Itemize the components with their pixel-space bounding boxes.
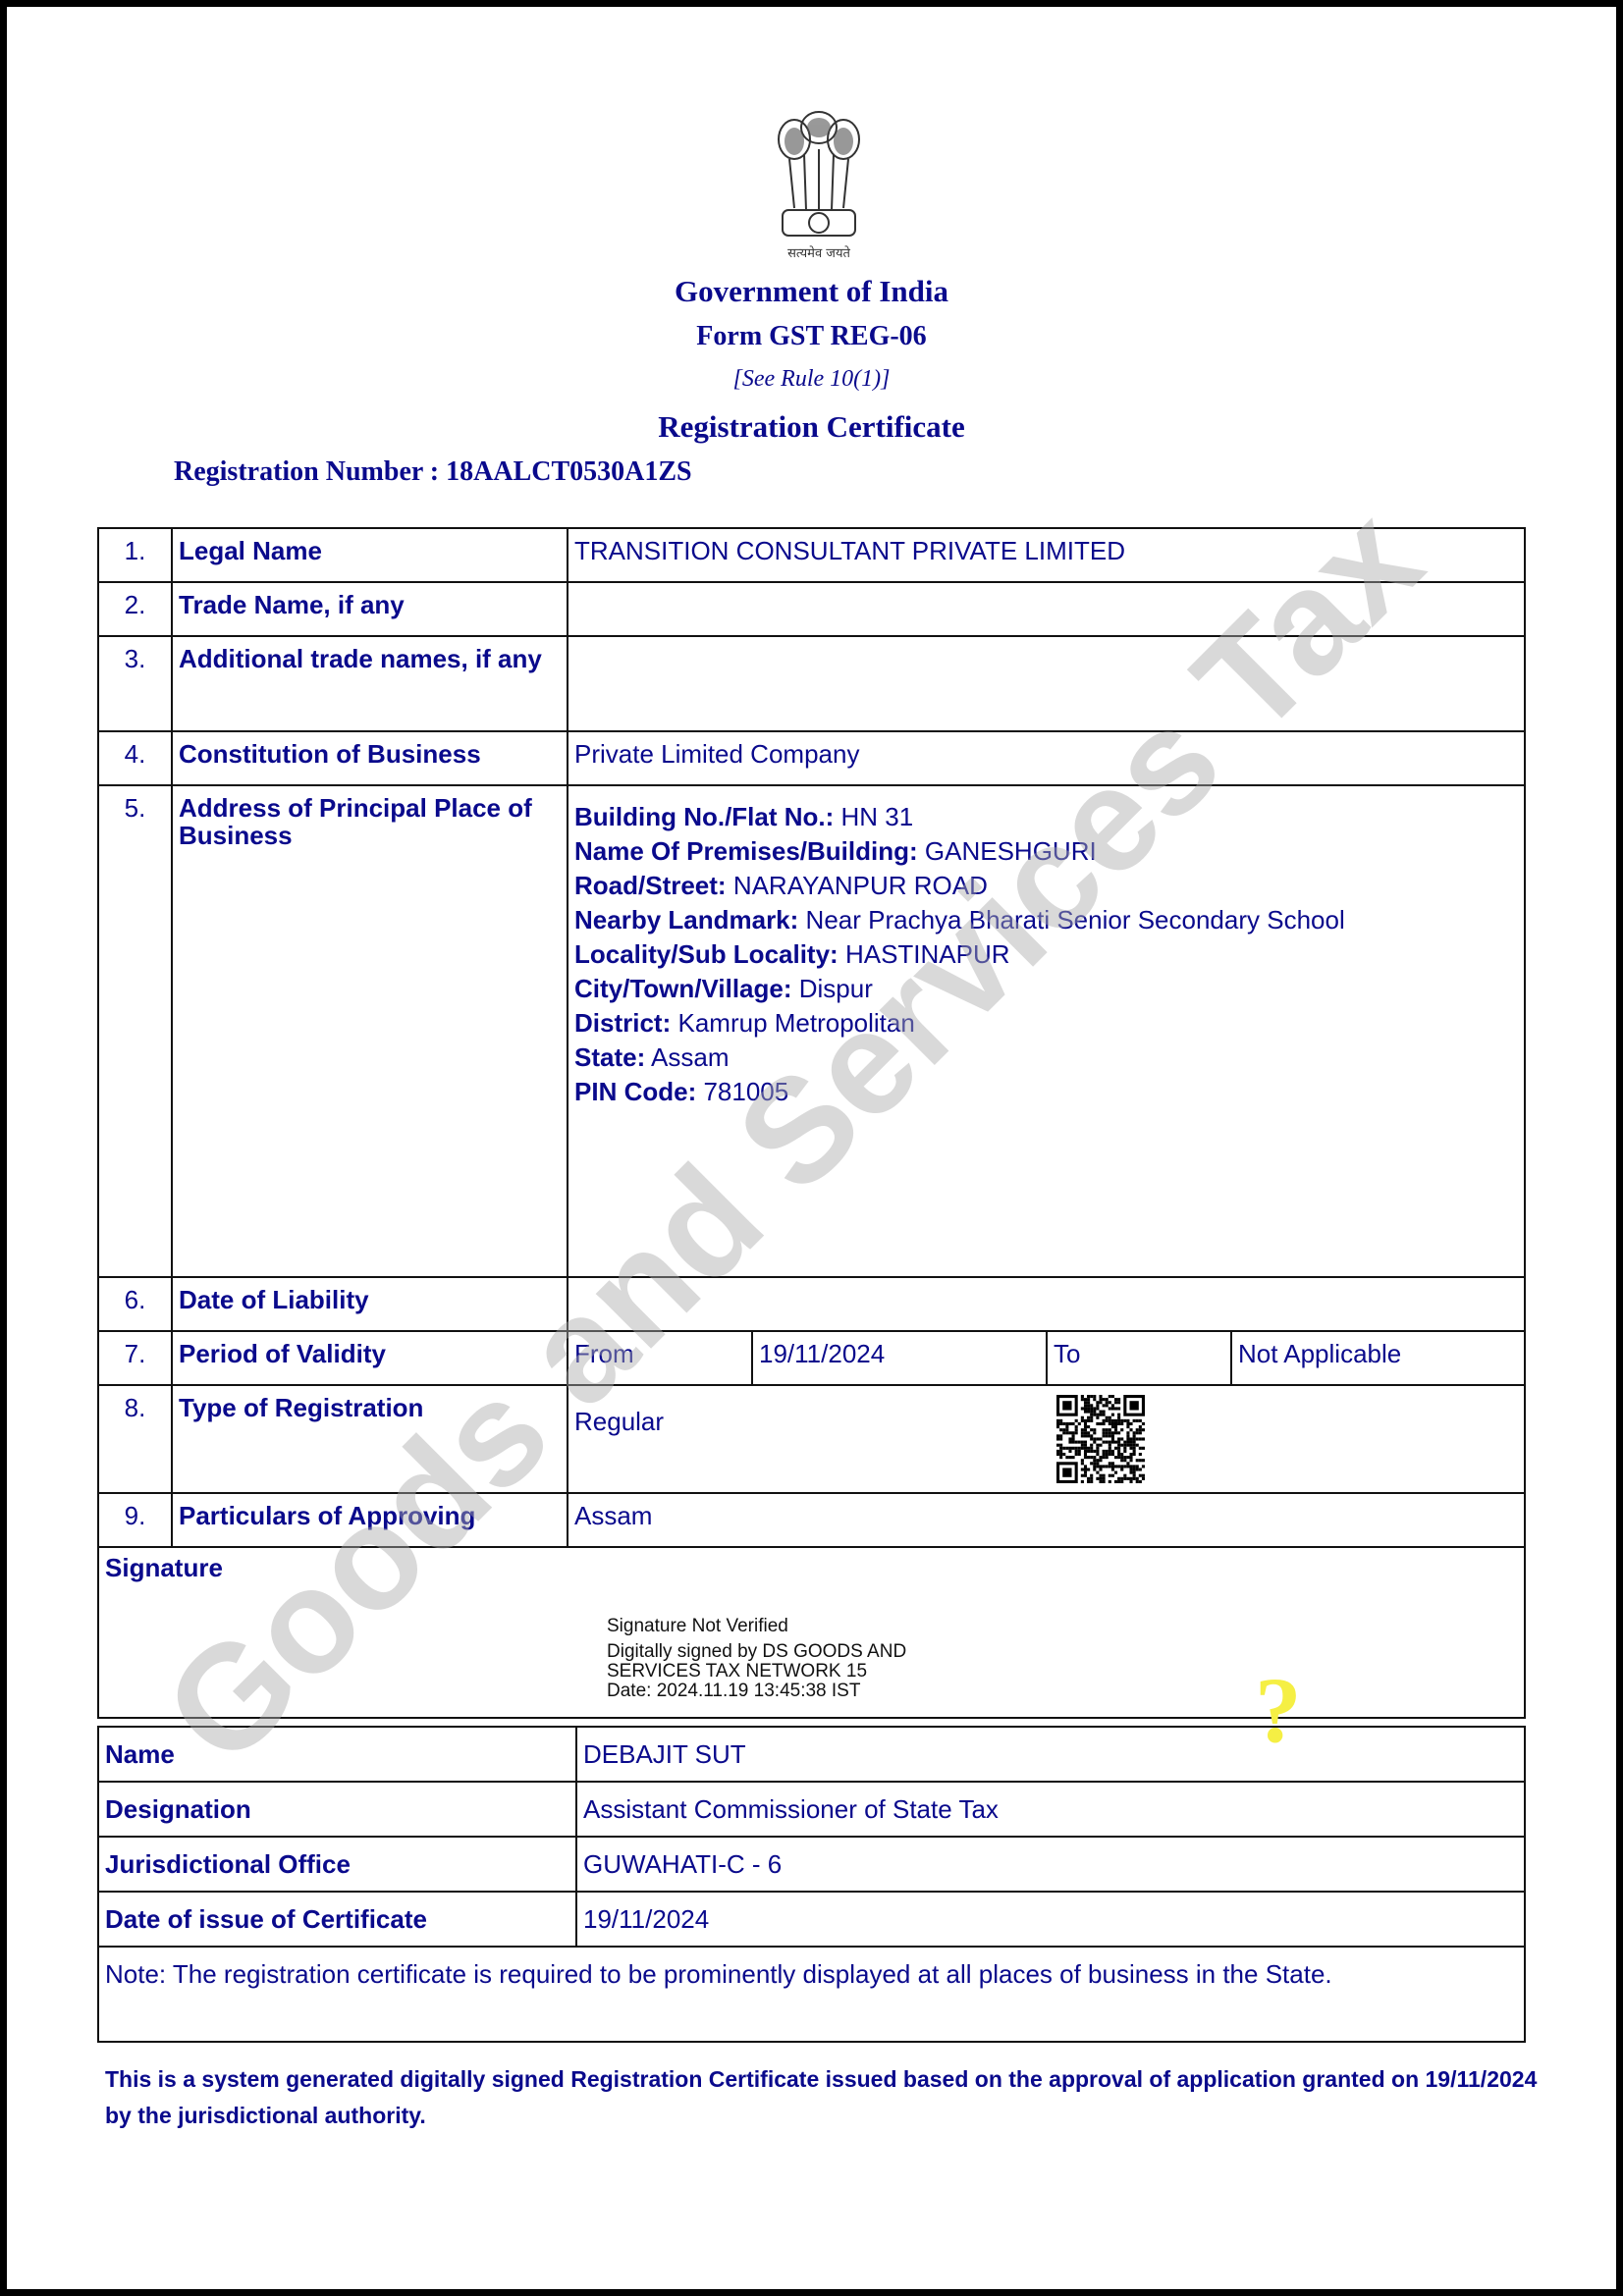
registration-details-table: 1. Legal Name TRANSITION CONSULTANT PRIV… [97, 527, 1526, 1719]
registration-number: Registration Number : 18AALCT0530A1ZS [174, 456, 692, 488]
validity-from-value: 19/11/2024 [752, 1331, 1047, 1385]
digital-signature-block: ? Signature Not Verified Digitally signe… [607, 1617, 906, 1701]
signature-cell: Signature ? Signature Not Verified Digit… [98, 1547, 1525, 1718]
table-row: Date of issue of Certificate 19/11/2024 [98, 1892, 1525, 1947]
address-line: Road/Street: NARAYANPUR ROAD [574, 869, 1518, 903]
address-line: District: Kamrup Metropolitan [574, 1006, 1518, 1041]
approving-authority-value: Assam [568, 1493, 1525, 1547]
address-line: Locality/Sub Locality: HASTINAPUR [574, 937, 1518, 972]
form-heading: Form GST REG-06 [7, 321, 1616, 352]
designation-label: Designation [98, 1782, 576, 1837]
signed-by-continued: SERVICES TAX NETWORK 15 [607, 1662, 906, 1682]
address-line: City/Town/Village: Dispur [574, 972, 1518, 1006]
address-line: Nearby Landmark: Near Prachya Bharati Se… [574, 903, 1518, 937]
jurisdictional-office-value: GUWAHATI-C - 6 [576, 1837, 1525, 1892]
row-number: 1. [98, 528, 172, 582]
row-label: Additional trade names, if any [172, 636, 568, 731]
address-value: Building No./Flat No.: HN 31 Name Of Pre… [568, 785, 1525, 1277]
table-row: 6. Date of Liability [98, 1277, 1525, 1331]
row-number: 9. [98, 1493, 172, 1547]
certificate-page: सत्यमेव जयते Government of India Form GS… [7, 7, 1616, 2289]
national-emblem-icon: सत्यमेव जयते [765, 100, 873, 262]
table-row: Jurisdictional Office GUWAHATI-C - 6 [98, 1837, 1525, 1892]
registration-type-value: Regular [574, 1407, 664, 1436]
row-number: 4. [98, 731, 172, 785]
signed-by: Digitally signed by DS GOODS AND [607, 1642, 906, 1662]
row-label: Particulars of Approving [172, 1493, 568, 1547]
table-row: 9. Particulars of Approving Assam [98, 1493, 1525, 1547]
table-row: Designation Assistant Commissioner of St… [98, 1782, 1525, 1837]
legal-name-value: TRANSITION CONSULTANT PRIVATE LIMITED [568, 528, 1525, 582]
registration-number-label: Registration Number : [174, 456, 439, 487]
address-line: Building No./Flat No.: HN 31 [574, 800, 1518, 834]
svg-text:सत्यमेव जयते: सत्यमेव जयते [787, 245, 850, 261]
address-line: PIN Code: 781005 [574, 1075, 1518, 1109]
note-row: Note: The registration certificate is re… [98, 1947, 1525, 2042]
signature-row: Signature ? Signature Not Verified Digit… [98, 1547, 1525, 1718]
certificate-title: Registration Certificate [7, 409, 1616, 445]
rule-reference: [See Rule 10(1)] [7, 366, 1616, 393]
table-row: 8. Type of Registration Regular [98, 1385, 1525, 1493]
row-label: Type of Registration [172, 1385, 568, 1493]
registration-type-cell: Regular [568, 1385, 1525, 1493]
validity-to-label: To [1047, 1331, 1231, 1385]
officer-name-value: DEBAJIT SUT [576, 1727, 1525, 1782]
row-label: Date of Liability [172, 1277, 568, 1331]
row-number: 3. [98, 636, 172, 731]
row-label: Trade Name, if any [172, 582, 568, 636]
officer-details-table: Name DEBAJIT SUT Designation Assistant C… [97, 1726, 1526, 2043]
issue-date-label: Date of issue of Certificate [98, 1892, 576, 1947]
table-row: 1. Legal Name TRANSITION CONSULTANT PRIV… [98, 528, 1525, 582]
row-label: Legal Name [172, 528, 568, 582]
validity-to-value: Not Applicable [1231, 1331, 1525, 1385]
signature-label: Signature [105, 1554, 1518, 1581]
table-row: 4. Constitution of Business Private Limi… [98, 731, 1525, 785]
issue-date-value: 19/11/2024 [576, 1892, 1525, 1947]
officer-name-label: Name [98, 1727, 576, 1782]
table-row: 5. Address of Principal Place of Busines… [98, 785, 1525, 1277]
row-number: 2. [98, 582, 172, 636]
address-line: State: Assam [574, 1041, 1518, 1075]
row-label: Constitution of Business [172, 731, 568, 785]
display-note: Note: The registration certificate is re… [98, 1947, 1525, 2042]
validity-from-label: From [568, 1331, 752, 1385]
date-of-liability-value [568, 1277, 1525, 1331]
system-generated-footnote: This is a system generated digitally sig… [105, 2061, 1539, 2134]
constitution-value: Private Limited Company [568, 731, 1525, 785]
designation-value: Assistant Commissioner of State Tax [576, 1782, 1525, 1837]
question-mark-icon: ? [1255, 1664, 1302, 1757]
row-number: 7. [98, 1331, 172, 1385]
signature-date: Date: 2024.11.19 13:45:38 IST [607, 1682, 906, 1701]
signature-status: Signature Not Verified [607, 1617, 906, 1636]
row-number: 6. [98, 1277, 172, 1331]
row-label: Address of Principal Place of Business [172, 785, 568, 1277]
table-row: Name DEBAJIT SUT [98, 1727, 1525, 1782]
row-number: 5. [98, 785, 172, 1277]
additional-trade-names-value [568, 636, 1525, 731]
jurisdictional-office-label: Jurisdictional Office [98, 1837, 576, 1892]
address-line: Name Of Premises/Building: GANESHGURI [574, 834, 1518, 869]
table-row: 2. Trade Name, if any [98, 582, 1525, 636]
table-row: 3. Additional trade names, if any [98, 636, 1525, 731]
row-label: Period of Validity [172, 1331, 568, 1385]
trade-name-value [568, 582, 1525, 636]
row-number: 8. [98, 1385, 172, 1493]
government-heading: Government of India [7, 274, 1616, 309]
registration-number-value: 18AALCT0530A1ZS [446, 456, 691, 487]
table-row: 7. Period of Validity From 19/11/2024 To… [98, 1331, 1525, 1385]
qr-code-icon [1056, 1395, 1145, 1483]
